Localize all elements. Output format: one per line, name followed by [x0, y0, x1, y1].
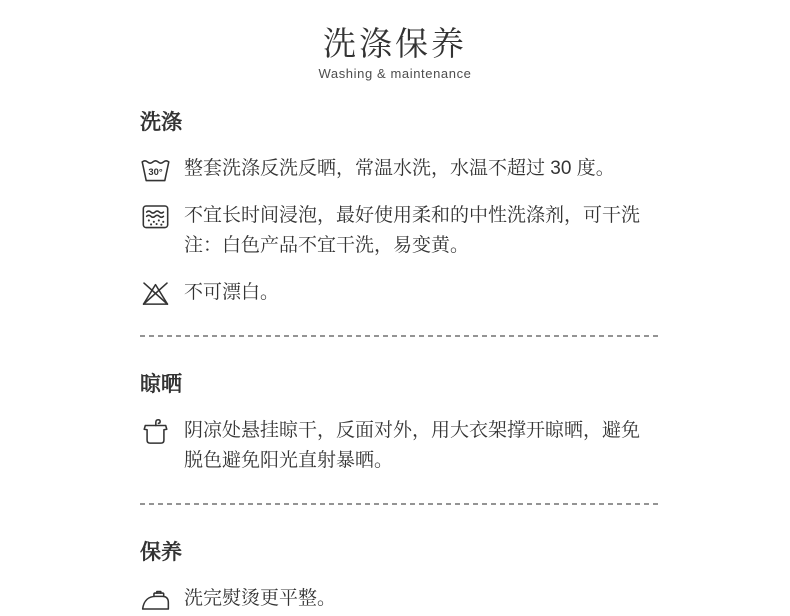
svg-text:30°: 30°	[148, 166, 162, 177]
care-item-no-bleach: 不可漂白。	[140, 278, 658, 308]
section-heading-drying: 晾晒	[140, 372, 658, 398]
page-header: 洗涤保养 Washing & maintenance	[0, 0, 790, 82]
care-text-line: 不可漂白。	[184, 278, 279, 308]
dashed-divider	[140, 503, 658, 505]
care-item-text: 阴凉处悬挂晾干，反面对外，用大衣架撑开晾晒，避免 脱色避免阳光直射暴晒。	[184, 416, 640, 476]
page-title: 洗涤保养	[0, 24, 790, 64]
care-item-text: 整套洗涤反洗反晒，常温水洗，水温不超过 30 度。	[184, 154, 615, 184]
section-heading-maintenance: 保养	[140, 540, 658, 566]
section-washing: 洗涤 30° 整套洗涤反洗反晒，常温水洗，水温不超过 30 度。	[140, 110, 658, 308]
care-text-line: 阴凉处悬挂晾干，反面对外，用大衣架撑开晾晒，避免	[184, 416, 640, 446]
page-subtitle: Washing & maintenance	[0, 66, 790, 82]
wash-30-icon: 30°	[140, 155, 171, 184]
care-item-iron: 洗完熨烫更平整。	[140, 584, 658, 614]
iron-icon	[140, 585, 171, 614]
care-item-text: 洗完熨烫更平整。	[184, 584, 336, 614]
care-instructions: 洗涤 30° 整套洗涤反洗反晒，常温水洗，水温不超过 30 度。	[140, 110, 658, 614]
care-text-line: 脱色避免阳光直射暴晒。	[184, 446, 640, 476]
care-item-soak: 不宜长时间浸泡，最好使用柔和的中性洗涤剂，可干洗 注：白色产品不宜干洗，易变黄。	[140, 201, 658, 261]
section-drying: 晾晒 阴凉处悬挂晾干，反面对外，用大衣架撑开晾晒，避免 脱色避免阳光直射暴晒。	[140, 372, 658, 476]
soak-icon	[140, 202, 171, 231]
dashed-divider	[140, 335, 658, 337]
care-text-line: 注：白色产品不宜干洗，易变黄。	[184, 231, 640, 261]
care-item-wash-30: 30° 整套洗涤反洗反晒，常温水洗，水温不超过 30 度。	[140, 154, 658, 184]
section-heading-washing: 洗涤	[140, 110, 658, 136]
section-maintenance: 保养 洗完熨烫更平整。	[140, 540, 658, 614]
care-item-text: 不宜长时间浸泡，最好使用柔和的中性洗涤剂，可干洗 注：白色产品不宜干洗，易变黄。	[184, 201, 640, 261]
care-text-line: 洗完熨烫更平整。	[184, 584, 336, 614]
hang-dry-icon	[140, 417, 171, 446]
care-item-hang-dry: 阴凉处悬挂晾干，反面对外，用大衣架撑开晾晒，避免 脱色避免阳光直射暴晒。	[140, 416, 658, 476]
care-text-line: 整套洗涤反洗反晒，常温水洗，水温不超过 30 度。	[184, 154, 615, 184]
no-bleach-icon	[140, 279, 171, 308]
care-text-line: 不宜长时间浸泡，最好使用柔和的中性洗涤剂，可干洗	[184, 201, 640, 231]
care-item-text: 不可漂白。	[184, 278, 279, 308]
